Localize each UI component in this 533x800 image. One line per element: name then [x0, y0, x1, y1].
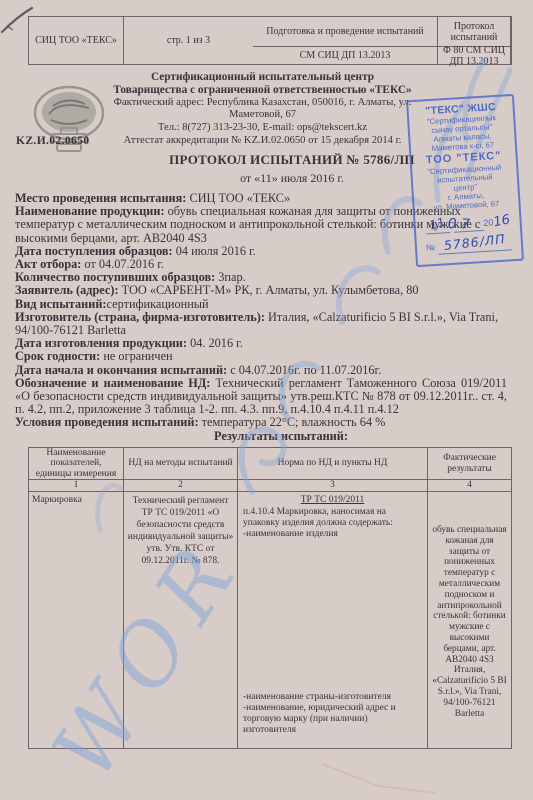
- table-cell-method-nd: Технический регламент ТР ТС 019/2011 «О …: [124, 492, 238, 748]
- header-doc-type-cell: Подготовка и проведение испытаний: [253, 17, 438, 47]
- letterhead-contacts: Тел.: 8(727) 313-23-30, E-mail: ops@teks…: [90, 122, 435, 135]
- field-value: сертификационный: [107, 297, 209, 311]
- column-header-indicator: Наименование показателей, единицы измере…: [29, 448, 124, 480]
- table-cell-actual-result: обувь специальная кожаная для защиты от …: [428, 492, 511, 748]
- letterhead-line: Сертификационный испытательный центр: [90, 71, 435, 84]
- letterhead-address: Фактический адрес: Республика Казахстан,…: [90, 97, 435, 123]
- field-manufacturer: Изготовитель (страна, фирма-изготовитель…: [15, 311, 507, 337]
- letterhead: Сертификационный испытательный центр Тов…: [90, 71, 435, 148]
- table-cell-indicator: Маркировка: [29, 492, 124, 748]
- field-test-conditions: Условия проведения испытаний: температур…: [15, 416, 507, 429]
- field-label: Место проведения испытания:: [15, 191, 186, 205]
- header-org-cell: СИЦ ТОО «ТЕКС»: [29, 17, 124, 64]
- norm-spacer: [243, 540, 422, 692]
- results-title: Результаты испытаний:: [15, 430, 507, 443]
- handwritten-protocol-number: 5786/ЛП: [443, 231, 506, 253]
- field-value: СИЦ ТОО «ТЕКС»: [189, 191, 290, 205]
- column-number: 3: [238, 480, 428, 492]
- stamp-date-underline: 11: [425, 214, 450, 234]
- norm-heading: ТР ТС 019/2011: [243, 495, 422, 506]
- header-table: СИЦ ТОО «ТЕКС» Подготовка и проведение и…: [28, 16, 512, 65]
- field-value: от 04.07.2016 г.: [84, 257, 164, 271]
- letterhead-line: Товарищества с ограниченной ответственно…: [90, 84, 435, 97]
- field-label: Дата начала и окончания испытаний:: [15, 363, 227, 377]
- field-value: 04 июля 2016 г.: [176, 244, 256, 258]
- norm-item: -наименование страны-изготовителя: [243, 692, 422, 703]
- field-label: Срок годности:: [15, 349, 100, 363]
- stamp-number-underline: 5786/ЛП: [437, 231, 512, 254]
- pen-mark-icon: [7, 26, 13, 30]
- field-label: Вид испытаний:: [15, 297, 107, 311]
- field-value: не ограничен: [103, 349, 172, 363]
- column-header-method: НД на методы испытаний: [124, 448, 238, 480]
- handwritten-year: 16: [492, 212, 511, 230]
- norm-text: п.4.10.4 Маркировка, наносимая на упаков…: [243, 507, 422, 529]
- stamp-number-sign: №: [426, 242, 436, 253]
- header-protocol-cell: Протокол испытаний: [438, 17, 511, 47]
- handwritten-day: 11: [428, 215, 446, 233]
- column-number: 4: [428, 480, 511, 492]
- field-label: Изготовитель (страна, фирма-изготовитель…: [15, 310, 265, 324]
- accreditation-code: KZ.И.02.0650: [16, 135, 90, 147]
- field-value: температура 22°С; влажность 64 %: [202, 415, 386, 429]
- paper-crease: [322, 764, 436, 793]
- column-number: 2: [124, 480, 238, 492]
- field-label: Дата поступления образцов:: [15, 244, 173, 258]
- results-table: Наименование показателей, единицы измере…: [28, 447, 512, 749]
- stamp-date-underline: 0 7: [453, 212, 484, 233]
- column-header-norm: Норма по НД и пункты НД: [238, 448, 428, 480]
- column-number: 1: [29, 480, 124, 492]
- field-label: Дата изготовления продукции:: [15, 336, 187, 350]
- header-doc-code-cell: СМ СИЦ ДП 13.2013: [253, 47, 438, 64]
- scanned-document-page: WOR СИЦ ТОО «ТЕКС» Подготовка и проведен…: [0, 0, 533, 800]
- page-number-cell: стр. 1 из 3: [124, 17, 253, 64]
- field-label: Акт отбора:: [15, 257, 81, 271]
- field-label: Условия проведения испытаний:: [15, 415, 199, 429]
- header-form-code-cell: Ф 80 СМ СИЦ ДП 13.2013: [438, 47, 511, 64]
- letterhead-accreditation: Аттестат аккредитации № KZ.И.02.0650 от …: [90, 135, 435, 148]
- column-header-actual: Фактические результаты: [428, 448, 511, 480]
- field-value: с 04.07.2016г. по 11.07.2016г.: [230, 363, 381, 377]
- field-label: Заявитель (адрес):: [15, 283, 119, 297]
- field-label: Наименование продукции:: [15, 204, 165, 218]
- norm-item: -наименование изделия: [243, 529, 422, 540]
- table-cell-norm: ТР ТС 019/2011 п.4.10.4 Маркировка, нано…: [238, 492, 428, 748]
- field-value: 3пар.: [218, 270, 245, 284]
- field-value: 04. 2016 г.: [190, 336, 243, 350]
- handwritten-month: 0 7: [447, 216, 470, 233]
- field-value: ТОО «САРБЕНТ-М» РК, г. Алматы, ул. Кулым…: [122, 283, 419, 297]
- norm-item: -наименование, юридический адрес и торго…: [243, 703, 422, 736]
- field-label: Обозначение и наименование НД:: [15, 376, 210, 390]
- field-nd-reference: Обозначение и наименование НД: Техническ…: [15, 377, 507, 417]
- field-label: Количество поступивших образцов:: [15, 270, 215, 284]
- certification-stamp: "ТЕКС" ЖШС "Сертификациялык сынау орталы…: [406, 94, 524, 267]
